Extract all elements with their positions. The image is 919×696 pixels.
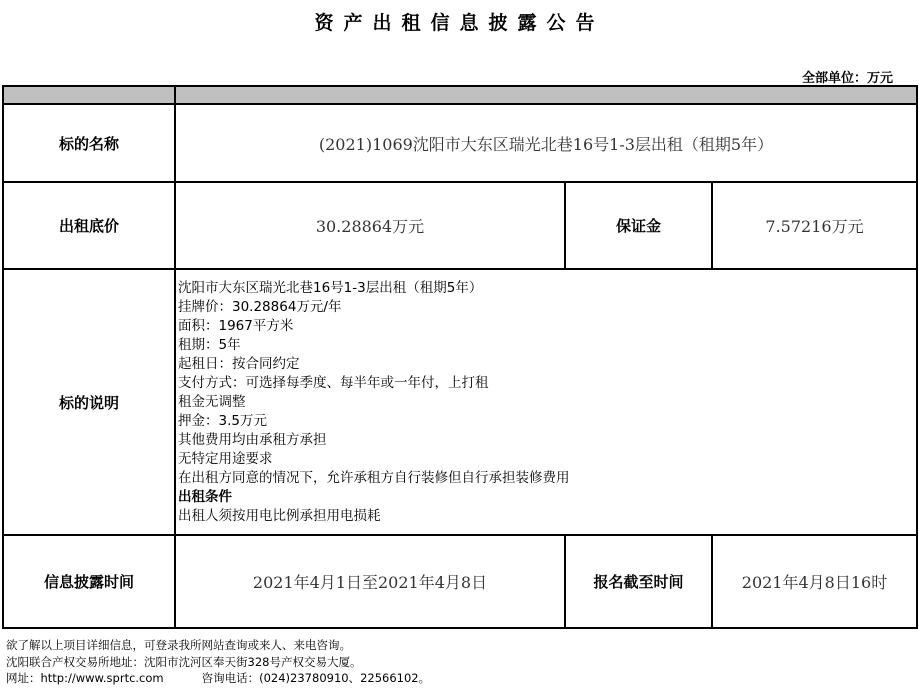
description-line: 在出租方同意的情况下，允许承租方自行装修但自行承担装修费用	[178, 469, 570, 488]
disclosure-table: 标的名称 (2021)1069沈阳市大东区瑞光北巷16号1-3层出租（租期5年）…	[2, 85, 918, 629]
name-value: (2021)1069沈阳市大东区瑞光北巷16号1-3层出租（租期5年）	[174, 103, 918, 183]
description-line: 无特定用途要求	[178, 450, 273, 469]
header-cell-left	[2, 85, 176, 105]
description-line: 沈阳市大东区瑞光北巷16号1-3层出租（租期5年）	[178, 279, 482, 298]
footer-line-1: 欲了解以上项目详细信息，可登录我所网站查询或来人、来电咨询。	[6, 637, 430, 654]
disclosure-time-label: 信息披露时间	[2, 534, 176, 629]
deadline-label: 报名截至时间	[564, 534, 713, 629]
deposit-value: 7.57216万元	[711, 181, 918, 270]
footer-info: 欲了解以上项目详细信息，可登录我所网站查询或来人、来电咨询。 沈阳联合产权交易所…	[6, 637, 430, 687]
description-content: 沈阳市大东区瑞光北巷16号1-3层出租（租期5年） 挂牌价：30.28864万元…	[174, 268, 918, 536]
disclosure-time-value: 2021年4月1日至2021年4月8日	[174, 534, 566, 629]
description-line: 其他费用均由承租方承担	[178, 431, 327, 450]
deadline-value: 2021年4月8日16时	[711, 534, 918, 629]
condition-line: 出租人须按用电比例承担用电损耗	[178, 507, 381, 526]
phone-number: (024)23780910、22566102。	[259, 671, 430, 685]
conditions-heading: 出租条件	[178, 488, 232, 507]
description-label: 标的说明	[2, 268, 176, 536]
description-line: 租金无调整	[178, 393, 246, 412]
description-line: 支付方式：可选择每季度、每半年或一年付，上打租	[178, 374, 489, 393]
footer-line-2: 沈阳联合产权交易所地址：沈阳市沈河区奉天街328号产权交易大厦。	[6, 654, 430, 671]
deposit-label: 保证金	[564, 181, 713, 270]
description-line: 押金：3.5万元	[178, 412, 267, 431]
page-title: 资产出租信息披露公告	[0, 8, 919, 35]
description-line: 起租日：按合同约定	[178, 355, 300, 374]
description-line: 租期：5年	[178, 336, 241, 355]
footer-line-3: 网址：http://www.sprtc.com咨询电话：(024)2378091…	[6, 670, 430, 687]
website-label: 网址：	[6, 671, 41, 685]
website-link[interactable]: http://www.sprtc.com	[41, 671, 164, 685]
description-line: 面积：1967平方米	[178, 317, 293, 336]
header-cell-right	[174, 85, 918, 105]
phone-label: 咨询电话：	[202, 671, 260, 685]
price-label: 出租底价	[2, 181, 176, 270]
price-value: 30.28864万元	[174, 181, 566, 270]
name-label: 标的名称	[2, 103, 176, 183]
description-line: 挂牌价：30.28864万元/年	[178, 298, 341, 317]
unit-note: 全部单位：万元	[802, 67, 893, 86]
